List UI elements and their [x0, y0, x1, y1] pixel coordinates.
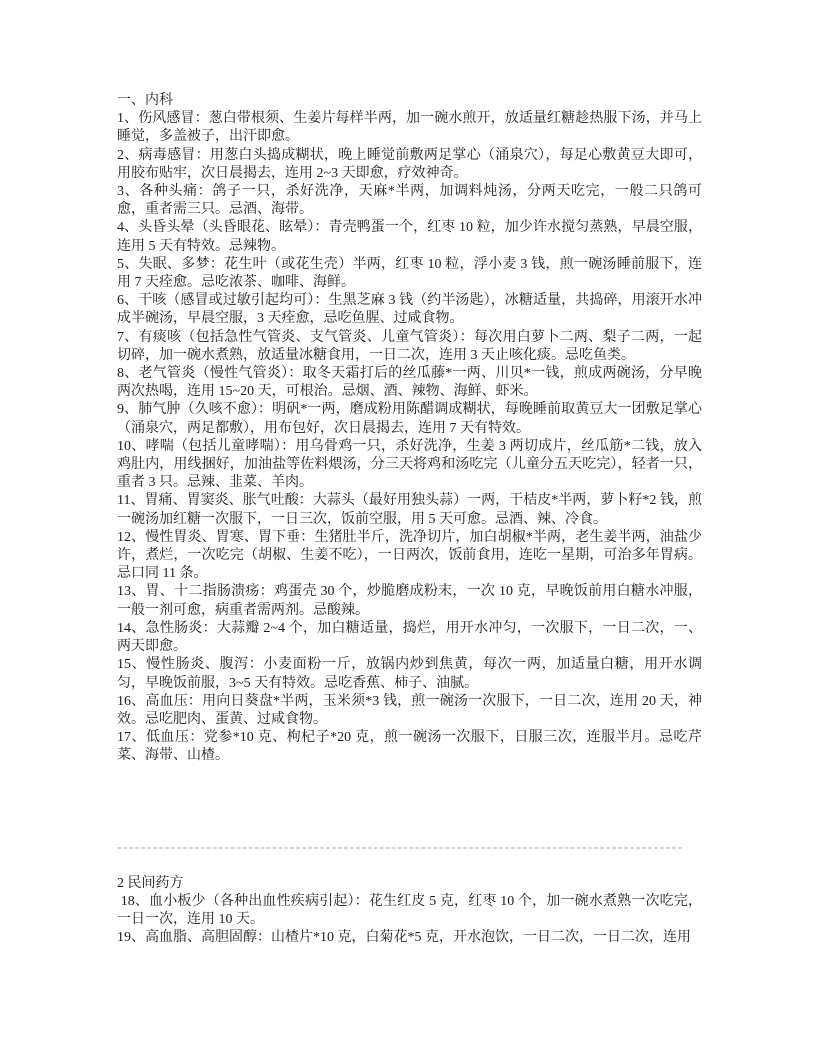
remedy-item-14: 14、急性肠炎：大蒜瓣 2~4 个，加白糖适量，捣烂，用开水冲匀，一次服下，一日…	[117, 620, 702, 656]
remedy-item-18: 18、血小板少（各种出血性疾病引起）：花生红皮 5 克，红枣 10 个，加一碗水…	[117, 893, 702, 929]
document-page: 一、内科 1、伤风感冒：葱白带根须、生姜片每样半两，加一碗水煎开，放适量红糖趁热…	[0, 0, 816, 1056]
remedy-item-2: 2、病毒感冒：用葱白头捣成糊状，晚上睡觉前敷两足掌心（涌泉穴），每足心敷黄豆大即…	[117, 147, 702, 183]
remedy-item-17: 17、低血压：党参*10 克、枸杞子*20 克，煎一碗汤一次服下，日服三次，连服…	[117, 729, 702, 765]
remedy-item-11: 11、胃痛、胃窦炎、胀气吐酸：大蒜头（最好用独头蒜）一两，干桔皮*半两，萝卜籽*…	[117, 492, 702, 528]
remedy-item-3: 3、各种头痛：鸽子一只，杀好洗净，天麻*半两，加调料炖汤，分两天吃完，一般二只鸽…	[117, 183, 702, 219]
remedy-item-10: 10、哮喘（包括儿童哮喘）：用乌骨鸡一只，杀好洗净，生姜 3 两切成片，丝瓜筋*…	[117, 438, 702, 493]
remedy-item-19: 19、高血脂、高胆固醇：山楂片*10 克，白菊花*5 克，开水泡饮，一日二次，一…	[117, 929, 702, 947]
separator-line: ----------------------------------------…	[117, 839, 691, 857]
remedy-item-13: 13、胃、十二指肠溃疡：鸡蛋壳 30 个，炒脆磨成粉末，一次 10 克，早晚饭前…	[117, 583, 702, 619]
blank-space	[117, 766, 702, 839]
blank-space	[117, 857, 702, 875]
remedy-item-6: 6、干咳（感冒或过敏引起均可）：生黑芝麻 3 钱（约半汤匙），冰糖适量，共捣碎，…	[117, 292, 702, 328]
remedy-item-15: 15、慢性肠炎、腹泻：小麦面粉一斤，放锅内炒到焦黄，每次一两，加适量白糖，用开水…	[117, 656, 702, 692]
remedy-item-9: 9、肺气肿（久咳不愈）：明矾*一两，磨成粉用陈醋调成糊状，每晚睡前取黄豆大一团敷…	[117, 401, 702, 437]
remedy-item-1: 1、伤风感冒：葱白带根须、生姜片每样半两，加一碗水煎开，放适量红糖趁热服下汤，并…	[117, 110, 702, 146]
section-1-heading: 一、内科	[117, 92, 702, 110]
remedy-item-5: 5、失眠、多梦：花生叶（或花生壳）半两，红枣 10 粒，浮小麦 3 钱，煎一碗汤…	[117, 256, 702, 292]
document-text: 一、内科 1、伤风感冒：葱白带根须、生姜片每样半两，加一碗水煎开，放适量红糖趁热…	[117, 92, 702, 948]
remedy-item-12: 12、慢性胃炎、胃寒、胃下垂：生猪肚半斤，洗净切片，加白胡椒*半两，老生姜半两，…	[117, 529, 702, 584]
remedy-item-4: 4、头昏头晕（头昏眼花、眩晕）：青壳鸭蛋一个，红枣 10 粒，加少许水搅匀蒸熟，…	[117, 219, 702, 255]
remedy-item-16: 16、高血压：用向日葵盘*半两，玉米须*3 钱，煎一碗汤一次服下，一日二次，连用…	[117, 693, 702, 729]
remedy-item-7: 7、有痰咳（包括急性气管炎、支气管炎、儿童气管炎）：每次用白萝卜二两、梨子二两，…	[117, 329, 702, 365]
section-2-heading: 2 民间药方	[117, 875, 702, 893]
remedy-item-8: 8、老气管炎（慢性气管炎）：取冬天霜打后的丝瓜藤*一两、川贝*一钱，煎成两碗汤，…	[117, 365, 702, 401]
